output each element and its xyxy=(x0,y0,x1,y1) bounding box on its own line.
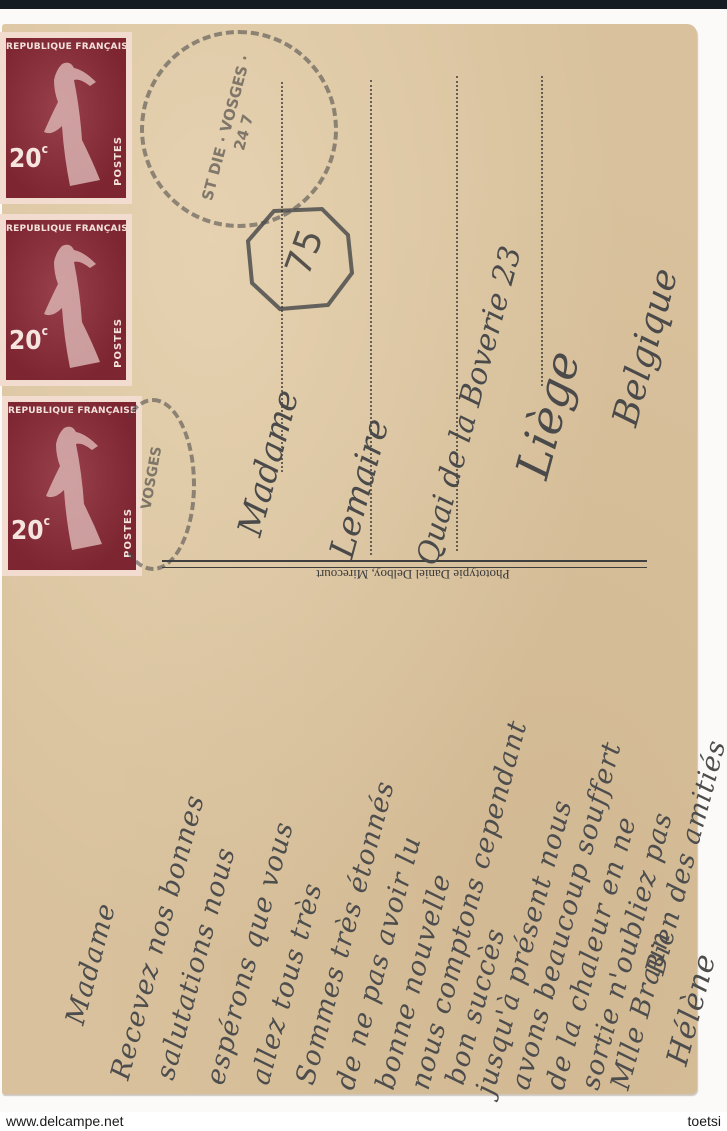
stamp-1: REPUBLIQUE FRANÇAISE 20c POSTES xyxy=(0,32,132,204)
stamp-country: REPUBLIQUE FRANÇAISE xyxy=(6,224,126,234)
seller-name: toetsi xyxy=(688,1113,721,1129)
stamp-value: 20c xyxy=(9,326,48,356)
top-dark-bar xyxy=(0,0,727,9)
stamp-2: REPUBLIQUE FRANÇAISE 20c POSTES xyxy=(0,214,132,386)
printer-credit: Phototypie Daniel Delboy, Mirecourt xyxy=(258,566,568,582)
stamp-value: 20c xyxy=(11,516,50,546)
stamp-label: POSTES xyxy=(113,136,124,186)
divider-rule xyxy=(162,560,647,562)
stamp-country: REPUBLIQUE FRANÇAISE xyxy=(6,42,126,52)
address-line-4 xyxy=(541,76,543,386)
stamp-label: POSTES xyxy=(113,318,124,368)
site-link[interactable]: www.delcampe.net xyxy=(6,1113,124,1129)
stamp-value: 20c xyxy=(9,144,48,174)
watermark-footer: www.delcampe.net toetsi xyxy=(0,1112,727,1131)
stamp-country: REPUBLIQUE FRANÇAISE xyxy=(8,406,136,416)
